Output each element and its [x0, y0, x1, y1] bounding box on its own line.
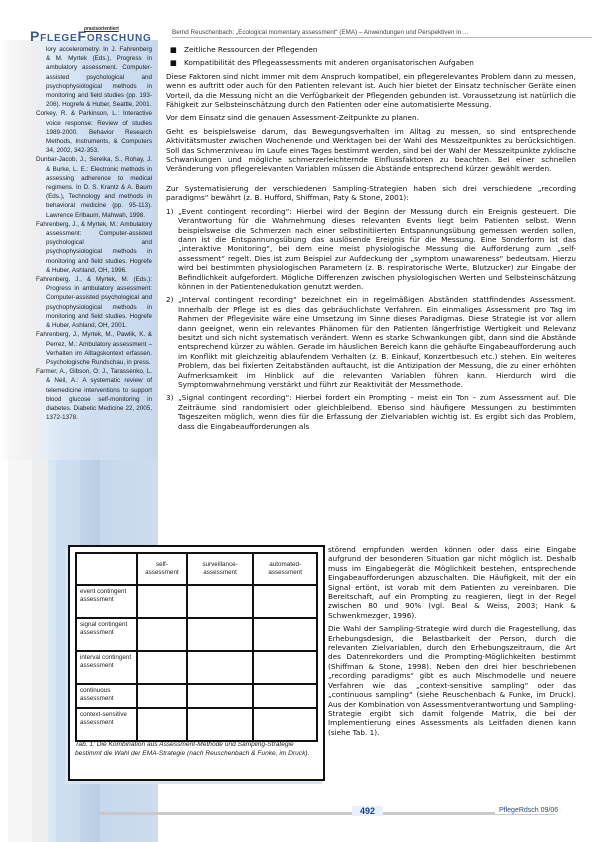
table-header-row: self-assessment surveillance-assessment …	[76, 553, 317, 585]
table-cell	[187, 708, 254, 741]
numbered-item: 2) „Interval contingent recording“ bezei…	[166, 295, 576, 389]
reference-entry: Corkey, R. & Parkinson, L.: Interactive …	[36, 109, 152, 155]
bullet-icon: ■	[170, 45, 184, 54]
paragraph: Vor dem Einsatz sind die genauen Assessm…	[166, 113, 576, 122]
table-cell	[253, 684, 317, 708]
reference-entry: Fahrenberg, J., & Myrtek, M.: Ambulatory…	[36, 220, 152, 275]
bullet-text: Zeitliche Ressourcen der Pflegenden	[184, 45, 318, 54]
row-header-cell: event contingent assessment	[76, 585, 137, 618]
table-cell	[137, 618, 187, 651]
item-number: 3)	[166, 393, 178, 431]
table-cell	[187, 651, 254, 684]
bullet-item: ■ Zeitliche Ressourcen der Pflegenden	[166, 45, 576, 54]
ema-matrix-table: self-assessment surveillance-assessment …	[75, 552, 318, 742]
bullet-item: ■ Kompatibilität des Pflegeassessments m…	[166, 58, 576, 67]
logo-tagline: praxisorientiert	[84, 26, 119, 32]
table-row: event contingent assessment	[76, 585, 317, 618]
table-row: continuous assessment	[76, 684, 317, 708]
table-header-cell: surveillance-assessment	[187, 553, 254, 585]
table-cell	[137, 684, 187, 708]
reference-entry: Dunbar-Jacob, J., Sereika, S., Rohay, J.…	[36, 155, 152, 219]
reference-list: lory accelerometry. In J. Fahrenberg & M…	[36, 45, 152, 422]
table-header-cell: self-assessment	[137, 553, 187, 585]
running-head: Bernd Reuschenbach: „Ecological momentar…	[172, 29, 592, 38]
table-cell	[137, 708, 187, 741]
row-header-cell: context-sensitive assessment	[76, 708, 137, 741]
table-figure: self-assessment surveillance-assessment …	[68, 545, 325, 781]
row-header-cell: signal contingent assessment	[76, 618, 137, 651]
table-header-cell	[76, 553, 137, 585]
table-cell	[253, 708, 317, 741]
right-column-text: störend empfunden werden können oder das…	[328, 545, 576, 741]
row-header-cell: continuous assessment	[76, 684, 137, 708]
item-text: „Signal contingent recording“: Hierbei f…	[178, 393, 576, 431]
table-cell	[253, 651, 317, 684]
table-row: context-sensitive assessment	[76, 708, 317, 741]
item-text: „Interval contingent recording“ bezeichn…	[178, 295, 576, 389]
bullet-icon: ■	[170, 58, 184, 67]
row-header-cell: interval contingent assessment	[76, 651, 137, 684]
paragraph: störend empfunden werden können oder das…	[328, 545, 576, 620]
reference-entry: Fahrenberg, J., Myrtek, M., Pawlik, K. &…	[36, 330, 152, 367]
footer-rule	[100, 812, 555, 815]
table-cell	[253, 585, 317, 618]
bullet-text: Kompatibilität des Pflegeassessments mit…	[184, 58, 474, 67]
table-caption: Tab. 1: Die Kombination aus Assessment-M…	[75, 740, 320, 758]
item-number: 2)	[166, 295, 178, 389]
table-cell	[137, 585, 187, 618]
paragraph: Diese Faktoren sind nicht immer mit dem …	[166, 72, 576, 110]
paragraph: Die Wahl der Sampling-Strategie wird dur…	[328, 624, 576, 737]
item-number: 1)	[166, 207, 178, 292]
reference-entry: lory accelerometry. In J. Fahrenberg & M…	[36, 45, 152, 109]
main-text: ■ Zeitliche Ressourcen der Pflegenden ■ …	[166, 45, 576, 435]
paragraph: Zur Systematisierung der verschiedenen S…	[166, 184, 576, 203]
page-number: 492	[352, 806, 383, 816]
table-row: interval contingent assessment	[76, 651, 317, 684]
table-header-cell: automated-assessment	[253, 553, 317, 585]
numbered-item: 3) „Signal contingent recording“: Hierbe…	[166, 393, 576, 431]
numbered-item: 1) „Event contingent recording“: Hierbei…	[166, 207, 576, 292]
table-cell	[187, 684, 254, 708]
item-text: „Event contingent recording“: Hierbei wi…	[178, 207, 576, 292]
journal-issue: PflegeRdsch 09/06	[495, 807, 562, 814]
table-row: signal contingent assessment	[76, 618, 317, 651]
table-cell	[137, 651, 187, 684]
table-cell	[253, 618, 317, 651]
reference-entry: Farmer, A., Gibson, O. J., Tarassenko, L…	[36, 367, 152, 422]
table-cell	[187, 618, 254, 651]
paragraph: Geht es beispielsweise darum, das Bewegu…	[166, 127, 576, 174]
reference-entry: Fahrenberg, J., & Myrtek, M. (Eds.): Pro…	[36, 275, 152, 330]
table-cell	[187, 585, 254, 618]
